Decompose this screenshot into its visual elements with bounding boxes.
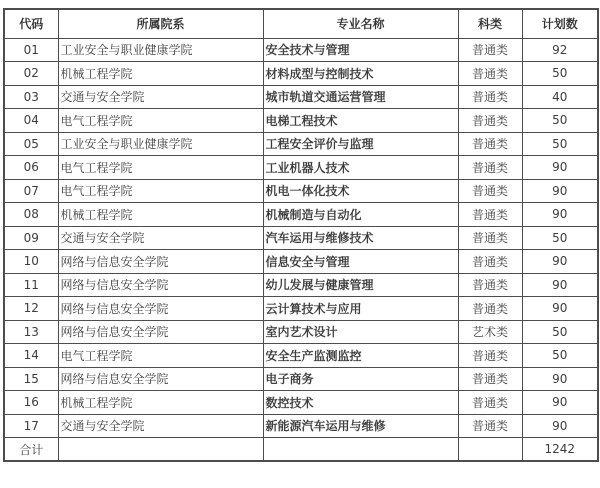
col-header-department: 所属院系 [58,9,263,38]
cell-plan: 92 [522,38,598,62]
cell-major: 信息安全与管理 [263,250,458,274]
cell-major: 材料成型与控制技术 [263,62,458,86]
cell-code: 05 [4,132,58,156]
table-row: 13网络与信息安全学院室内艺术设计艺术类50 [4,320,598,344]
cell-code: 03 [4,85,58,109]
cell-code: 17 [4,414,58,438]
cell-category: 普通类 [458,226,522,250]
cell-code: 07 [4,179,58,203]
cell-category: 普通类 [458,273,522,297]
cell-plan: 50 [522,226,598,250]
cell-major: 工程安全评价与监理 [263,132,458,156]
cell-major: 机电一体化技术 [263,179,458,203]
table-row: 04电气工程学院电梯工程技术普通类50 [4,109,598,133]
table-row: 09交通与安全学院汽车运用与维修技术普通类50 [4,226,598,250]
cell-category: 普通类 [458,203,522,227]
cell-code: 08 [4,203,58,227]
cell-category: 普通类 [458,179,522,203]
cell-department: 网络与信息安全学院 [58,320,263,344]
table-row: 12网络与信息安全学院云计算技术与应用普通类90 [4,297,598,321]
cell-code: 10 [4,250,58,274]
cell-major: 城市轨道交通运营管理 [263,85,458,109]
table-row: 15网络与信息安全学院电子商务普通类90 [4,367,598,391]
cell-plan: 50 [522,62,598,86]
table-row: 10网络与信息安全学院信息安全与管理普通类90 [4,250,598,274]
header-row: 代码 所属院系 专业名称 科类 计划数 [4,9,598,38]
cell-plan: 90 [522,203,598,227]
cell-code: 15 [4,367,58,391]
cell-category: 普通类 [458,414,522,438]
cell-category: 普通类 [458,109,522,133]
cell-plan: 90 [522,414,598,438]
cell-code: 09 [4,226,58,250]
table-row: 01工业安全与职业健康学院安全技术与管理普通类92 [4,38,598,62]
cell-department: 网络与信息安全学院 [58,273,263,297]
cell-major: 云计算技术与应用 [263,297,458,321]
cell-department: 交通与安全学院 [58,85,263,109]
cell-code: 14 [4,344,58,368]
cell-code: 11 [4,273,58,297]
cell-category: 普通类 [458,250,522,274]
col-header-major: 专业名称 [263,9,458,38]
cell-major: 机械制造与自动化 [263,203,458,227]
col-header-category: 科类 [458,9,522,38]
cell-department [58,438,263,462]
cell-plan: 50 [522,320,598,344]
cell-major: 数控技术 [263,391,458,415]
cell-plan: 50 [522,132,598,156]
cell-code: 04 [4,109,58,133]
table-row: 16机械工程学院数控技术普通类90 [4,391,598,415]
cell-plan: 50 [522,344,598,368]
cell-code: 12 [4,297,58,321]
cell-code: 合计 [4,438,58,462]
cell-code: 01 [4,38,58,62]
cell-major: 电子商务 [263,367,458,391]
cell-plan: 90 [522,273,598,297]
cell-department: 机械工程学院 [58,203,263,227]
cell-category: 普通类 [458,62,522,86]
cell-plan: 50 [522,109,598,133]
table-row: 02机械工程学院材料成型与控制技术普通类50 [4,62,598,86]
table-row: 08机械工程学院机械制造与自动化普通类90 [4,203,598,227]
cell-code: 16 [4,391,58,415]
cell-major [263,438,458,462]
table-row: 11网络与信息安全学院幼儿发展与健康管理普通类90 [4,273,598,297]
cell-major: 室内艺术设计 [263,320,458,344]
cell-department: 交通与安全学院 [58,226,263,250]
cell-code: 02 [4,62,58,86]
cell-category [458,438,522,462]
table-row: 14电气工程学院安全生产监测监控普通类50 [4,344,598,368]
table-row: 17交通与安全学院新能源汽车运用与维修普通类90 [4,414,598,438]
table-row: 07电气工程学院机电一体化技术普通类90 [4,179,598,203]
cell-plan: 90 [522,179,598,203]
cell-category: 艺术类 [458,320,522,344]
cell-plan: 90 [522,250,598,274]
table-row: 03交通与安全学院城市轨道交通运营管理普通类40 [4,85,598,109]
total-row: 合计1242 [4,438,598,462]
cell-department: 电气工程学院 [58,179,263,203]
table-row: 06电气工程学院工业机器人技术普通类90 [4,156,598,180]
cell-plan: 90 [522,297,598,321]
cell-plan: 90 [522,156,598,180]
cell-major: 安全生产监测监控 [263,344,458,368]
cell-department: 电气工程学院 [58,109,263,133]
cell-department: 工业安全与职业健康学院 [58,132,263,156]
cell-major: 新能源汽车运用与维修 [263,414,458,438]
cell-plan: 90 [522,391,598,415]
cell-department: 电气工程学院 [58,344,263,368]
table-row: 05工业安全与职业健康学院工程安全评价与监理普通类50 [4,132,598,156]
cell-plan: 1242 [522,438,598,462]
cell-category: 普通类 [458,391,522,415]
cell-category: 普通类 [458,344,522,368]
cell-major: 汽车运用与维修技术 [263,226,458,250]
cell-major: 幼儿发展与健康管理 [263,273,458,297]
cell-category: 普通类 [458,85,522,109]
cell-plan: 40 [522,85,598,109]
cell-major: 工业机器人技术 [263,156,458,180]
cell-department: 工业安全与职业健康学院 [58,38,263,62]
cell-department: 交通与安全学院 [58,414,263,438]
page: 代码 所属院系 专业名称 科类 计划数 01工业安全与职业健康学院安全技术与管理… [0,0,600,488]
cell-category: 普通类 [458,367,522,391]
enrollment-plan-table: 代码 所属院系 专业名称 科类 计划数 01工业安全与职业健康学院安全技术与管理… [3,8,599,462]
cell-major: 安全技术与管理 [263,38,458,62]
cell-department: 机械工程学院 [58,62,263,86]
cell-department: 网络与信息安全学院 [58,297,263,321]
cell-department: 网络与信息安全学院 [58,250,263,274]
table-body: 01工业安全与职业健康学院安全技术与管理普通类9202机械工程学院材料成型与控制… [4,38,598,461]
cell-department: 网络与信息安全学院 [58,367,263,391]
col-header-plan: 计划数 [522,9,598,38]
cell-category: 普通类 [458,38,522,62]
cell-major: 电梯工程技术 [263,109,458,133]
cell-code: 13 [4,320,58,344]
cell-category: 普通类 [458,156,522,180]
cell-category: 普通类 [458,132,522,156]
cell-department: 机械工程学院 [58,391,263,415]
cell-department: 电气工程学院 [58,156,263,180]
cell-plan: 90 [522,367,598,391]
cell-category: 普通类 [458,297,522,321]
cell-code: 06 [4,156,58,180]
col-header-code: 代码 [4,9,58,38]
